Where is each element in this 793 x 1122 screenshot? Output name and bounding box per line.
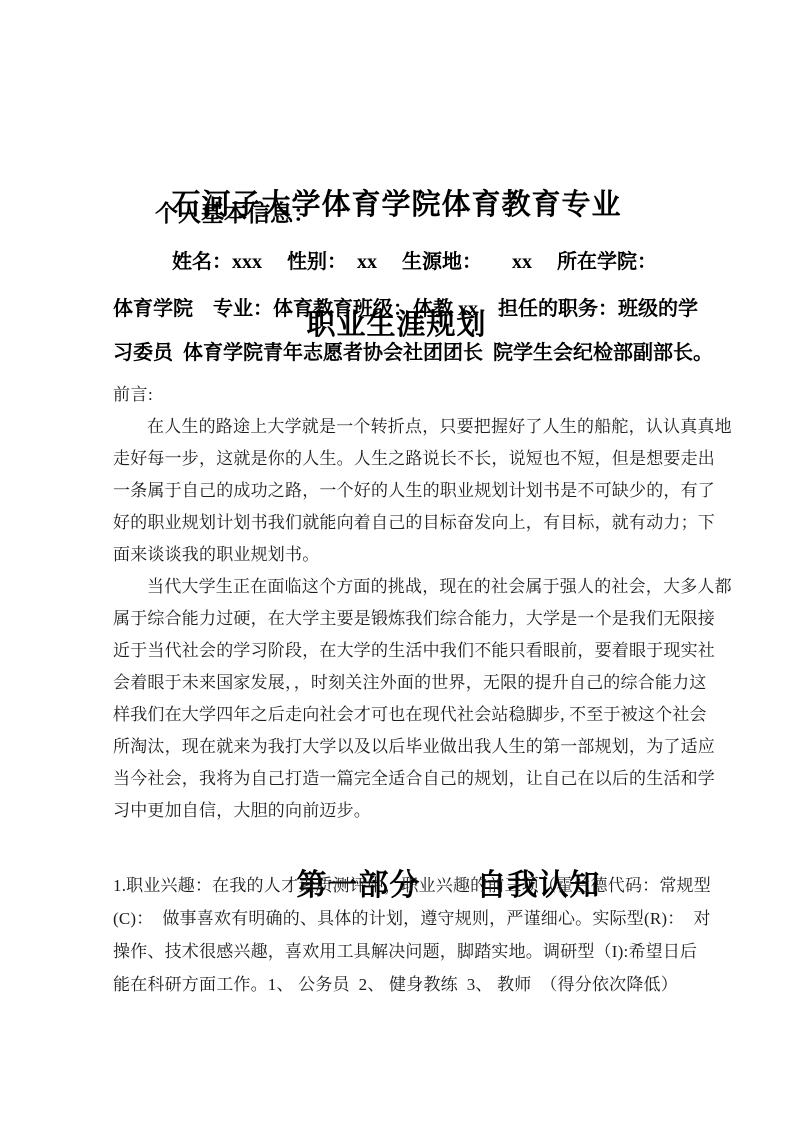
preface-paragraph-1: 在人生的路途上大学就是一个转折点，只要把握好了人生的船舵，认认真真地走好每一步，… <box>113 411 713 571</box>
position-info-paragraph: 体育学院 专业：体育教育班级：体教 xx 担任的职务：班级的学习委员 体育学院青… <box>113 287 723 375</box>
title-line-1: 石河子大学体育学院体育教育专业 <box>0 184 793 224</box>
text-line: 当今社会，我将为自己打造一篇完全适合自己的规划，让自己在以后的生活和学 <box>113 763 713 795</box>
preface-paragraph-2: 当代大学生正在面临这个方面的挑战，现在的社会属于强人的社会，大多人都属于综合能力… <box>113 571 713 827</box>
text-line: 1.职业兴趣：在我的人才素质测评中，职业兴趣的前三项（霍兰德代码：常规型 <box>113 869 713 902</box>
text-line: 一条属于自己的成功之路，一个好的人生的职业规划计划书是不可缺少的，有了 <box>113 475 713 507</box>
career-interest-paragraph: 1.职业兴趣：在我的人才素质测评中，职业兴趣的前三项（霍兰德代码：常规型(C)：… <box>113 869 713 1001</box>
preface-label-text: 前言: <box>113 379 713 411</box>
text-line: 体育学院 专业：体育教育班级：体教 xx 担任的职务：班级的学 <box>113 287 723 331</box>
text-line: 操作、技术很感兴趣，喜欢用工具解决问题，脚踏实地。调研型（I):希望日后 <box>113 935 713 968</box>
text-line: 属于综合能力过硬，在大学主要是锻炼我们综合能力，大学是一个是我们无限接 <box>113 603 713 635</box>
text-line: (C)： 做事喜欢有明确的、具体的计划，遵守规则，严谨细心。实际型(R)： 对 <box>113 902 713 935</box>
text-line: 当代大学生正在面临这个方面的挑战，现在的社会属于强人的社会，大多人都 <box>113 571 713 603</box>
text-line: 会着眼于未来国家发展，，时刻关注外面的世界，无限的提升自己的综合能力这 <box>113 667 713 699</box>
text-line: 在人生的路途上大学就是一个转折点，只要把握好了人生的船舵，认认真真地 <box>113 411 713 443</box>
text-line: 好的职业规划计划书我们就能向着自己的目标奋发向上，有目标，就有动力；下 <box>113 507 713 539</box>
text-line: 近于当代社会的学习阶段，在大学的生活中我们不能只看眼前，要着眼于现实社 <box>113 635 713 667</box>
text-line: 习委员 体育学院青年志愿者协会社团团长 院学生会纪检部副部长。 <box>113 331 723 375</box>
text-line: 所淘汰，现在就来为我打大学以及以后毕业做出我人生的第一部规划，为了适应 <box>113 731 713 763</box>
basic-info-heading: 个人基本信息： <box>155 200 316 228</box>
personal-info-line: 姓名：xxx 性别： xx 生源地： xx 所在学院： <box>172 248 657 276</box>
preface-section: 前言: 在人生的路途上大学就是一个转折点，只要把握好了人生的船舵，认认真真地走好… <box>113 379 713 827</box>
preface-label: 前言: <box>113 379 713 411</box>
text-line: 面来谈谈我的职业规划书。 <box>113 539 713 571</box>
text-line: 样我们在大学四年之后走向社会才可也在现代社会站稳脚步, 不至于被这个社会 <box>113 699 713 731</box>
text-line: 能在科研方面工作。1、 公务员 2、 健身教练 3、 教师 （得分依次降低） <box>113 968 713 1001</box>
text-line: 走好每一步，这就是你的人生。人生之路说长不长，说短也不短，但是想要走出 <box>113 443 713 475</box>
document-page: 石河子大学体育学院体育教育专业 职业生涯规划 个人基本信息： 姓名：xxx 性别… <box>0 0 793 1122</box>
